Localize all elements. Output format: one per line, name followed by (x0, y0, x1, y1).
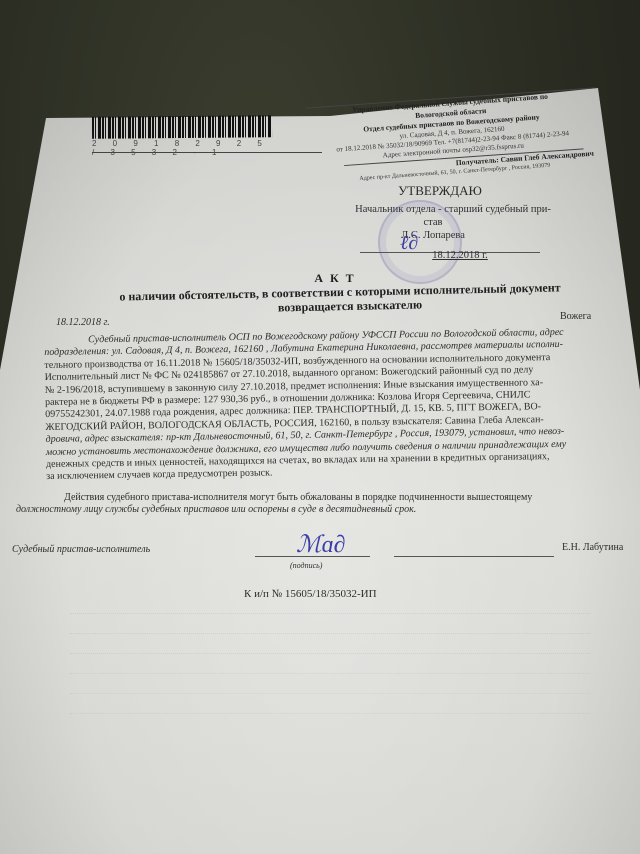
barcode (92, 115, 272, 139)
bleed-through-text (70, 600, 590, 830)
approval-position: Начальник отдела - старший судебный при- (318, 203, 588, 216)
case-reference: К и/п № 15605/18/35032-ИП (244, 588, 377, 600)
name-line (394, 556, 554, 557)
signature-line (255, 556, 370, 557)
barcode-number: 2 0 9 1 8 2 9 2 5 / 3 5 3 2 - 1 (92, 139, 272, 157)
document-place: Вожега (560, 311, 591, 323)
appeal-line: Действия судебного пристава-исполнителя … (16, 492, 616, 504)
signer-role: Судебный пристав-исполнитель (12, 544, 150, 556)
signer-name: Е.Н. Лабутина (562, 542, 623, 554)
signer-signature: ℳɑ∂ (296, 530, 346, 559)
appeal-notice: Действия судебного пристава-исполнителя … (16, 492, 616, 517)
approval-date: 18.12.2018 г. (380, 249, 540, 262)
document-date: 18.12.2018 г. (56, 317, 110, 329)
appeal-line: должностному лицу службы судебных приста… (16, 504, 616, 516)
header-divider-left (92, 152, 322, 153)
act-body: Судебный пристав-исполнитель ОСП по Воже… (44, 326, 626, 484)
approval-heading: УТВЕРЖДАЮ (340, 183, 540, 199)
signature-caption: (подпись) (290, 560, 322, 572)
